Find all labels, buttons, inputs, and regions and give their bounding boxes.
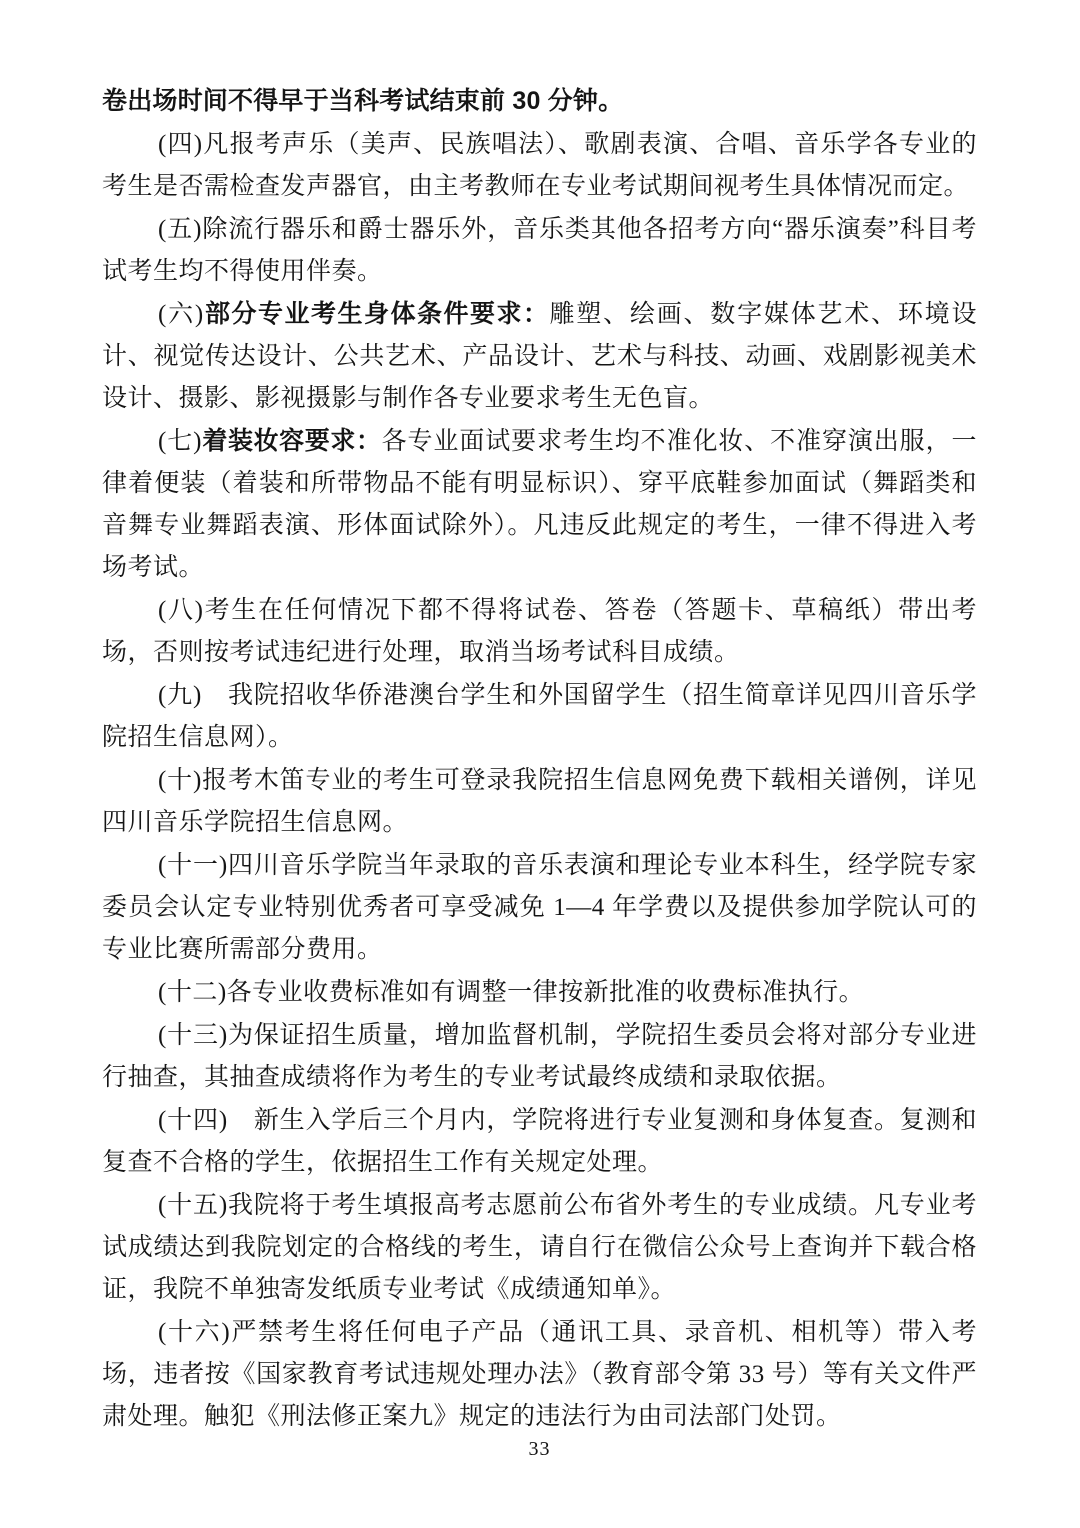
paragraph-prefix: (十三): [158, 1022, 228, 1049]
paragraph-prefix: (四): [158, 131, 203, 158]
paragraph-item-7: (七)着装妆容要求：各专业面试要求考生均不准化妆、不准穿演出服，一律着便装（着装…: [102, 420, 977, 589]
paragraph-prefix: (七): [158, 428, 202, 455]
document-page: 卷出场时间不得早于当科考试结束前 30 分钟。 (四)凡报考声乐（美声、民族唱法…: [0, 0, 1080, 1528]
paragraph-prefix: (十五): [158, 1192, 228, 1219]
paragraph-body: 我院将于考生填报高考志愿前公布省外考生的专业成绩。凡专业考试成绩达到我院划定的合…: [102, 1192, 977, 1303]
paragraph-prefix: (六): [158, 301, 204, 328]
paragraph-item-4: (四)凡报考声乐（美声、民族唱法）、歌剧表演、合唱、音乐学各专业的考生是否需检查…: [102, 123, 977, 208]
paragraph-prefix: (十四): [158, 1107, 228, 1134]
paragraph-body: 新生入学后三个月内，学院将进行专业复测和身体复查。复测和复查不合格的学生，依据招…: [102, 1107, 977, 1176]
paragraph-body: 为保证招生质量，增加监督机制，学院招生委员会将对部分专业进行抽查，其抽查成绩将作…: [102, 1022, 977, 1091]
paragraph-body: 四川音乐学院当年录取的音乐表演和理论专业本科生，经学院专家委员会认定专业特别优秀…: [102, 852, 977, 963]
page-number: 33: [102, 1436, 977, 1462]
paragraph-prefix: (十二): [158, 979, 227, 1006]
paragraph-item-16: (十六)严禁考生将任何电子产品（通讯工具、录音机、相机等）带入考场，违者按《国家…: [102, 1311, 977, 1438]
paragraph-prefix: (九): [158, 682, 202, 709]
paragraph-item-10: (十)报考木笛专业的考生可登录我院招生信息网免费下载相关谱例，详见四川音乐学院招…: [102, 759, 977, 844]
paragraph-prefix: (五): [158, 216, 202, 243]
paragraph-continuation: 卷出场时间不得早于当科考试结束前 30 分钟。: [102, 80, 977, 123]
paragraph-item-11: (十一)四川音乐学院当年录取的音乐表演和理论专业本科生，经学院专家委员会认定专业…: [102, 844, 977, 971]
paragraph-item-8: (八)考生在任何情况下都不得将试卷、答卷（答题卡、草稿纸）带出考场，否则按考试违…: [102, 589, 977, 674]
paragraph-body: 除流行器乐和爵士器乐外，音乐类其他各招考方向“器乐演奏”科目考试考生均不得使用伴…: [102, 216, 977, 285]
paragraph-item-9: (九) 我院招收华侨港澳台学生和外国留学生（招生简章详见四川音乐学院招生信息网）…: [102, 674, 977, 759]
paragraph-body: 我院招收华侨港澳台学生和外国留学生（招生简章详见四川音乐学院招生信息网）。: [102, 682, 977, 751]
paragraph-item-6: (六)部分专业考生身体条件要求：雕塑、绘画、数字媒体艺术、环境设计、视觉传达设计…: [102, 293, 977, 420]
paragraph-body: 凡报考声乐（美声、民族唱法）、歌剧表演、合唱、音乐学各专业的考生是否需检查发声器…: [102, 131, 977, 200]
paragraph-lead: 部分专业考生身体条件要求：: [204, 300, 550, 328]
paragraph-prefix: (十六): [158, 1319, 230, 1346]
paragraph-item-13: (十三)为保证招生质量，增加监督机制，学院招生委员会将对部分专业进行抽查，其抽查…: [102, 1014, 977, 1099]
paragraph-body: 严禁考生将任何电子产品（通讯工具、录音机、相机等）带入考场，违者按《国家教育考试…: [102, 1319, 977, 1430]
paragraph-item-14: (十四) 新生入学后三个月内，学院将进行专业复测和身体复查。复测和复查不合格的学…: [102, 1099, 977, 1184]
paragraph-lead: 着装妆容要求：: [202, 427, 382, 455]
paragraph-prefix: (八): [158, 597, 204, 624]
paragraph-prefix: (十一): [158, 852, 228, 879]
paragraph-body: 考生在任何情况下都不得将试卷、答卷（答题卡、草稿纸）带出考场，否则按考试违纪进行…: [102, 597, 977, 666]
paragraph-item-5: (五)除流行器乐和爵士器乐外，音乐类其他各招考方向“器乐演奏”科目考试考生均不得…: [102, 208, 977, 293]
paragraph-prefix: (十): [158, 767, 202, 794]
paragraph-lead: 卷出场时间不得早于当科考试结束前 30 分钟。: [102, 87, 623, 115]
paragraph-item-15: (十五)我院将于考生填报高考志愿前公布省外考生的专业成绩。凡专业考试成绩达到我院…: [102, 1184, 977, 1311]
paragraph-item-12: (十二)各专业收费标准如有调整一律按新批准的收费标准执行。: [102, 971, 977, 1014]
paragraph-body: 报考木笛专业的考生可登录我院招生信息网免费下载相关谱例，详见四川音乐学院招生信息…: [102, 767, 977, 836]
paragraph-body: 各专业收费标准如有调整一律按新批准的收费标准执行。: [227, 979, 865, 1006]
